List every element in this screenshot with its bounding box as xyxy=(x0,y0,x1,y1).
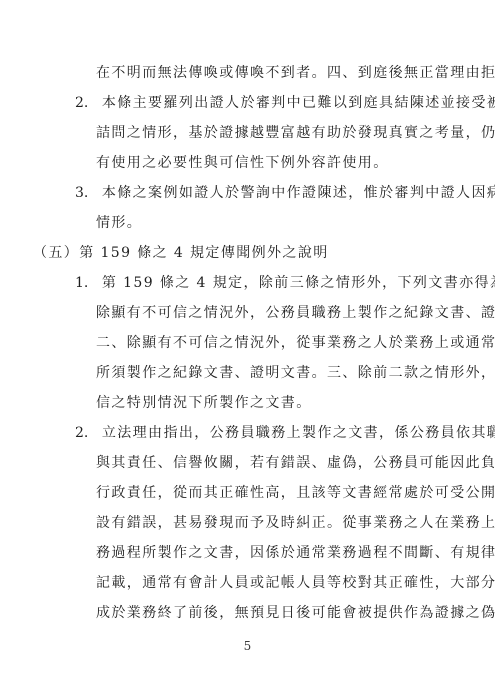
line-text: 與其責任、信譽攸關，若有錯誤、虛偽，公務員可能因此負擔刑事及 xyxy=(96,455,495,471)
text-line: 詰問之情形，基於證據越豐富越有助於發現真實之考量，仍在證據具 xyxy=(0,118,495,148)
line-text: 成於業務終了前後，無預見日後可能會被提供作為證據之偽造動機， xyxy=(96,605,495,621)
document-page: 在不明而無法傳喚或傳喚不到者。四、到庭後無正當理由拒絕陳述者。 2. 本條主要羅… xyxy=(0,0,495,700)
text-line: 設有錯誤，甚易發現而予及時糾正。從事業務之人在業務上或通常業 xyxy=(0,508,495,538)
text-line: 在不明而無法傳喚或傳喚不到者。四、到庭後無正當理由拒絕陳述者。 xyxy=(0,58,495,88)
text-line: 信之特別情況下所製作之文書。 xyxy=(0,388,495,418)
line-text: 情形。 xyxy=(96,215,142,231)
line-text: 本條主要羅列出證人於審判中已難以到庭具結陳述並接受被告對質 xyxy=(102,95,495,111)
text-line: 除顯有不可信之情況外，公務員職務上製作之紀錄文書、證明文書。 xyxy=(0,298,495,328)
page-number: 5 xyxy=(244,639,252,653)
line-text: （五）第 159 條之 4 規定傳聞例外之說明 xyxy=(33,245,329,261)
text-line: 有使用之必要性與可信性下例外容許使用。 xyxy=(0,148,495,178)
line-text: 信之特別情況下所製作之文書。 xyxy=(96,395,312,411)
line-text: 立法理由指出，公務員職務上製作之文書，係公務員依其職權所為， xyxy=(102,425,495,441)
text-line: 2. 立法理由指出，公務員職務上製作之文書，係公務員依其職權所為， xyxy=(0,418,495,448)
line-text: 本條之案例如證人於警詢中作證陳述，惟於審判中證人因病死亡之 xyxy=(102,185,495,201)
line-text: 設有錯誤，甚易發現而予及時糾正。從事業務之人在業務上或通常業 xyxy=(96,515,495,531)
line-text: 有使用之必要性與可信性下例外容許使用。 xyxy=(96,155,389,171)
text-line: 情形。 xyxy=(0,208,495,238)
list-number: 1. xyxy=(75,268,96,298)
list-number: 2. xyxy=(75,418,96,448)
list-number: 2. xyxy=(75,88,96,118)
line-text: 記載，通常有會計人員或記帳人員等校對其正確性，大部分紀錄係完 xyxy=(96,575,495,591)
line-text: 除顯有不可信之情況外，公務員職務上製作之紀錄文書、證明文書。 xyxy=(96,305,495,321)
list-number: 3. xyxy=(75,178,96,208)
line-text: 二、除顯有不可信之情況外，從事業務之人於業務上或通常業務過程 xyxy=(96,335,495,351)
text-line: 二、除顯有不可信之情況外，從事業務之人於業務上或通常業務過程 xyxy=(0,328,495,358)
line-text: 在不明而無法傳喚或傳喚不到者。四、到庭後無正當理由拒絕陳述者。 xyxy=(96,65,495,81)
text-line: 所須製作之紀錄文書、證明文書。三、除前二款之情形外，其他於可 xyxy=(0,358,495,388)
text-line: 與其責任、信譽攸關，若有錯誤、虛偽，公務員可能因此負擔刑事及 xyxy=(0,448,495,478)
text-line: 記載，通常有會計人員或記帳人員等校對其正確性，大部分紀錄係完 xyxy=(0,568,495,598)
line-text: 務過程所製作之文書，因係於通常業務過程不間斷、有規律而準確之 xyxy=(96,545,495,561)
page-footer: 5 xyxy=(0,630,495,660)
text-line: 2. 本條主要羅列出證人於審判中已難以到庭具結陳述並接受被告對質 xyxy=(0,88,495,118)
line-text: 所須製作之紀錄文書、證明文書。三、除前二款之情形外，其他於可 xyxy=(96,365,495,381)
text-line: 3. 本條之案例如證人於警詢中作證陳述，惟於審判中證人因病死亡之 xyxy=(0,178,495,208)
line-text: 行政責任，從而其正確性高，且該等文書經常處於可受公開檢之狀態， xyxy=(96,485,495,501)
text-line: 務過程所製作之文書，因係於通常業務過程不間斷、有規律而準確之 xyxy=(0,538,495,568)
line-text: 詰問之情形，基於證據越豐富越有助於發現真實之考量，仍在證據具 xyxy=(96,125,495,141)
text-line: 1. 第 159 條之 4 規定，除前三條之情形外，下列文書亦得為證據：一、 xyxy=(0,268,495,298)
line-text: 第 159 條之 4 規定，除前三條之情形外，下列文書亦得為證據：一、 xyxy=(102,275,495,291)
text-line: 成於業務終了前後，無預見日後可能會被提供作為證據之偽造動機， xyxy=(0,598,495,628)
document-text-block: 在不明而無法傳喚或傳喚不到者。四、到庭後無正當理由拒絕陳述者。 2. 本條主要羅… xyxy=(0,58,495,628)
text-line: （五）第 159 條之 4 規定傳聞例外之說明 xyxy=(0,238,495,268)
text-line: 行政責任，從而其正確性高，且該等文書經常處於可受公開檢之狀態， xyxy=(0,478,495,508)
